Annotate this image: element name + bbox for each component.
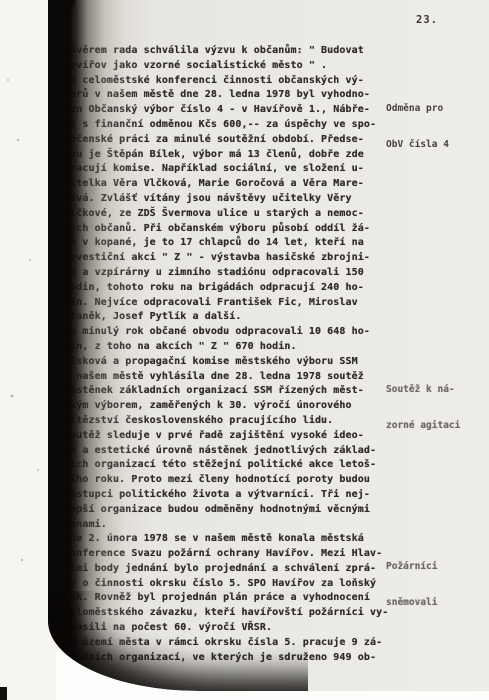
text-line: konference Svazu požární ochrany Havířov… (64, 547, 388, 562)
text-line: ková. Zvlášť vítány jsou návštěvy učitel… (64, 192, 388, 207)
text-line: celoměstského závazku, kteří havířovští … (64, 606, 388, 621)
text-line: borů v našem městě dne 28. ledna 1978 by… (64, 88, 388, 103)
margin-note-contest: Soutěž k ná- zorné agitaci (386, 359, 460, 457)
text-line: ků v kopané, je to 17 chlapců do 14 let,… (64, 236, 388, 251)
text-line: vítězství československého pracujícího l… (64, 414, 388, 429)
text-line: dou je Štěpán Bílek, výbor má 13 členů, … (64, 148, 388, 163)
margin-note-line: ObV čísla 4 (386, 139, 449, 151)
text-line: ží s finanční odměnou Kčs 600,-- za úspě… (64, 118, 388, 133)
text-line: ných občanů. Při občanském výboru působí… (64, 222, 388, 237)
text-line: pracují komise. Například sociální, ve s… (64, 162, 388, 177)
text-line: hodin, tohoto roku na brigádách odpracuj… (64, 281, 388, 296)
text-line: Staněk, Josef Pytlík a další. (64, 310, 388, 325)
book-page: 23. Závěrem rada schválila výzvu k občan… (48, 0, 489, 691)
text-line: Vlčkové, ze ZDŠ Švermova ulice u starých… (64, 207, 388, 222)
text-line: Na území města v rámci okrsku čísla 5. p… (64, 636, 388, 651)
text-line: ským výborem, zaměřených k 30. výročí ún… (64, 399, 388, 414)
text-line: čitelka Věra Vlčková, Marie Goročová a V… (64, 177, 388, 192)
text-line: vy o činnosti okrsku číslo 5. SPO Havířo… (64, 577, 388, 592)
margin-note-firemen: Požárníci sněmovali (386, 536, 437, 634)
text-line: cenami. (64, 518, 388, 533)
scanned-document-page: 23. Závěrem rada schválila výzvu k občan… (0, 0, 489, 700)
margin-note-line: Soutěž k ná- (386, 384, 460, 396)
text-line: lečenské práci za minulé soutěžní období… (64, 133, 388, 148)
binding-top-wedge (48, 0, 76, 13)
text-line: rok. Rovněž byl projednán plán práce a v… (64, 591, 388, 606)
text-line: zástupci politického života a výtvarníci… (64, 488, 388, 503)
text-line: hlásili na počest 60. výročí VŘSR. (64, 621, 388, 636)
margin-note-line: zorné agitaci (386, 420, 460, 432)
text-line: nástěnek základních organizací SSM řízen… (64, 384, 388, 399)
text-line: kladních organizací, ve kterých je sdruž… (64, 651, 388, 666)
margin-note-line: Požárníci (386, 561, 437, 573)
margin-note-award: Odměna pro ObV čísla 4 (386, 78, 449, 176)
text-line: din, z toho na akcích " Z " 670 hodin. (64, 340, 388, 355)
photo-corner-mark (0, 687, 7, 700)
body-text: Závěrem rada schválila výzvu k občanům: … (64, 44, 388, 665)
margin-note-line: Odměna pro (386, 103, 449, 115)
text-line: ce a vzpírárny u zimního stadiónu odprac… (64, 266, 388, 281)
text-line: v našem městě vyhlásila dne 28. ledna 19… (64, 370, 388, 385)
text-line: Na celoměstské konferenci činnosti občan… (64, 74, 388, 89)
text-line: Závěrem rada schválila výzvu k občanům: … (64, 44, 388, 59)
text-line: cen Občanský výbor číslo 4 - v Havířově … (64, 103, 388, 118)
text-line: investiční akci " Z " - výstavba hasičsk… (64, 251, 388, 266)
text-line: Soutěž sleduje v prvé řadě zajištění vys… (64, 429, 388, 444)
text-line: Havířov jako vzorné socialistické město … (64, 59, 388, 74)
text-line: ními body jednání bylo projednání a schv… (64, 562, 388, 577)
page-number: 23. (416, 14, 438, 26)
text-line: vé a estetické úrovně nástěnek jednotliv… (64, 444, 388, 459)
text-line: Tisková a propagační komise městského vý… (64, 355, 388, 370)
text-line: din. Nejvíce odpracovali František Fic, … (64, 296, 388, 311)
text-line: ního roku. Proto mezi členy hodnotící po… (64, 473, 388, 488)
text-line: Dne 2. února 1978 se v našem městě konal… (64, 532, 388, 547)
margin-note-line: sněmovali (386, 597, 437, 609)
text-line: lepší organizace budou odměněny hodnotný… (64, 503, 388, 518)
text-line: Za minulý rok občané obvodu odpracovali … (64, 325, 388, 340)
text-line: ních organizací této stěžejní politické … (64, 458, 388, 473)
